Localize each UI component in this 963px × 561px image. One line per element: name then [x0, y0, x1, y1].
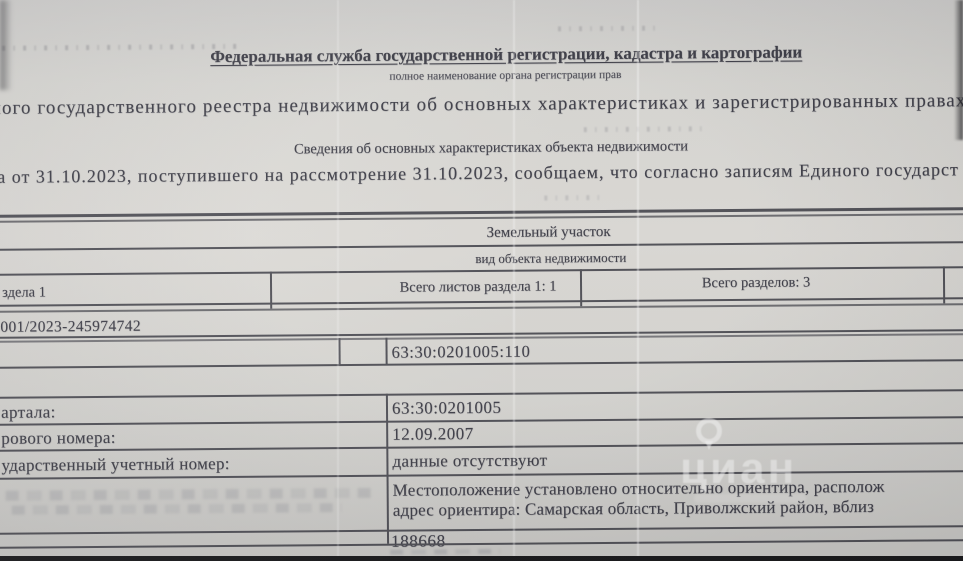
faded-label-smudge-2 — [12, 503, 342, 515]
row-uchet-label: ударственный учетный номер: — [1, 454, 229, 476]
toner-specks-4 — [544, 195, 604, 200]
request-date-line: а от 31.10.2023, поступившего на рассмот… — [0, 159, 959, 188]
clipped-bottom-row-digits — [390, 549, 500, 555]
watermark-brand-text: циан — [680, 444, 797, 494]
row-kvartal-value: 63:30:0201005 — [392, 398, 502, 419]
toner-specks-3 — [584, 126, 704, 132]
registry-extract-line: ного государственного реестра недвижимос… — [0, 90, 963, 120]
photo-edge-shadow-left — [0, 0, 12, 90]
toner-specks-1 — [2, 44, 237, 51]
sheet-cell-total-sections: Всего разделов: 3 — [702, 274, 811, 292]
rule-row-5 — [0, 539, 963, 549]
cadastral-number: 63:30:0201005:110 — [391, 342, 530, 363]
watermark-subtext-blur — [694, 494, 806, 503]
sheet-cell-section: здела 1 — [2, 284, 46, 301]
object-kind-value: Земельный участок — [487, 224, 611, 242]
attr-table-column-divider — [386, 394, 389, 544]
row-kvartal-label: артала: — [1, 402, 56, 422]
rule-row-4 — [0, 525, 963, 535]
row-uchet-value: данные отсутствуют — [392, 450, 547, 471]
sheet-cell-total-sheets: Всего листов раздела 1: 1 — [400, 278, 557, 296]
stitch-seam-line-2 — [513, 0, 515, 561]
photo-edge-shadow-bottom — [0, 556, 963, 561]
map-pin-icon — [696, 418, 722, 444]
toner-specks-2 — [558, 26, 663, 32]
org-title: Федеральная служба государственной регис… — [210, 42, 802, 67]
faded-label-smudge-1 — [6, 488, 374, 501]
rule-below-object-kind — [0, 241, 963, 251]
cadastral-row-divider-b — [385, 338, 387, 365]
org-subtitle: полное наименование органа регистрации п… — [389, 69, 621, 83]
object-kind-caption: вид объекта недвижимости — [475, 250, 626, 267]
stitch-seam-line-1 — [337, 0, 339, 561]
request-number: 001/2023-245974742 — [0, 318, 141, 337]
sheet-row-top-rule — [0, 266, 963, 276]
photo-edge-shadow-right — [954, 0, 963, 140]
row-date-label: рового номера: — [1, 428, 116, 449]
scanned-egrn-document-photo: Федеральная служба государственной регис… — [0, 0, 963, 561]
stitch-seam-line-3 — [637, 0, 639, 561]
section-title: Сведения об основных характеристиках объ… — [294, 138, 688, 158]
cian-watermark: циан — [648, 418, 888, 518]
row-date-value: 12.09.2007 — [392, 424, 474, 445]
